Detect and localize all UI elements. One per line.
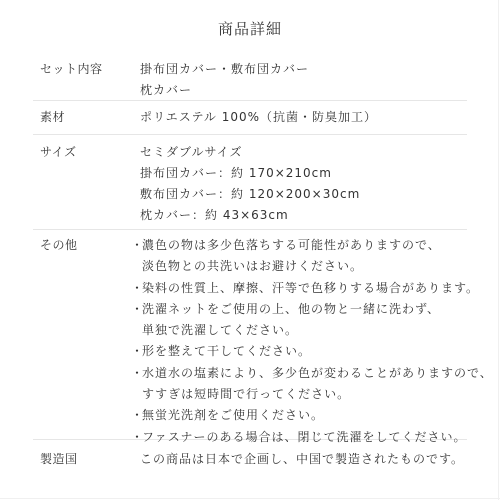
care-note: ・水道水の塩素により、多少色が変わることがありますので、すすぎは短時間で行ってく… (131, 363, 467, 406)
page-title: 商品詳細 (0, 18, 500, 39)
row-value: この商品は日本で企画し、中国で製造されたものです。 (140, 449, 467, 470)
product-details-table: セット内容 掛布団カバー・敷布団カバー 枕カバー 素材 ポリエステル 100%（… (33, 50, 467, 480)
bullet-icon: ・ (131, 405, 142, 426)
row-material: 素材 ポリエステル 100%（抗菌・防臭加工） (33, 101, 467, 135)
row-label: 素材 (40, 107, 65, 128)
row-label: サイズ (40, 142, 77, 163)
bullet-icon: ・ (131, 341, 142, 362)
value-line: 枕カバー (140, 80, 467, 101)
care-note: ・洗濯ネットをご使用の上、他の物と一緒に洗わず、単独で洗濯してください。 (131, 299, 467, 342)
row-other-notes: その他 ・濃色の物は多少色落ちする可能性がありますので、淡色物との共洗いはお避け… (33, 230, 467, 440)
value-line: セミダブルサイズ (140, 142, 467, 163)
care-note: ・形を整えて干してください。 (131, 341, 467, 362)
value-line: 掛布団カバー・敷布団カバー (140, 59, 467, 80)
care-note: ・濃色の物は多少色落ちする可能性がありますので、淡色物との共洗いはお避けください… (131, 235, 467, 278)
row-label: 製造国 (40, 449, 78, 470)
frame-edge-right (498, 0, 499, 500)
value-line: ポリエステル 100%（抗菌・防臭加工） (140, 107, 467, 128)
row-value: セミダブルサイズ 掛布団カバー：約 170×210cm 敷布団カバー：約 120… (140, 142, 467, 226)
row-set-contents: セット内容 掛布団カバー・敷布団カバー 枕カバー (33, 50, 467, 101)
row-label: セット内容 (40, 59, 103, 80)
row-country-of-manufacture: 製造国 この商品は日本で企画し、中国で製造されたものです。 (33, 440, 467, 480)
value-line: 敷布団カバー：約 120×200×30cm (140, 184, 467, 205)
value-line: 枕カバー：約 43×63cm (140, 205, 467, 226)
value-line: この商品は日本で企画し、中国で製造されたものです。 (140, 449, 467, 470)
care-note: ・染料の性質上、摩擦、汗等で色移りする場合があります。 (131, 278, 467, 299)
bullet-icon: ・ (131, 235, 142, 256)
frame-edge-bottom (0, 498, 500, 499)
value-line: 掛布団カバー：約 170×210cm (140, 163, 467, 184)
row-label: その他 (40, 235, 78, 256)
care-note: ・無蛍光洗剤をご使用ください。 (131, 405, 467, 426)
bullet-icon: ・ (131, 363, 142, 384)
bullet-icon: ・ (131, 299, 142, 320)
bullet-icon: ・ (131, 278, 142, 299)
care-notes-list: ・濃色の物は多少色落ちする可能性がありますので、淡色物との共洗いはお避けください… (131, 235, 467, 448)
row-value: 掛布団カバー・敷布団カバー 枕カバー (140, 59, 467, 101)
row-value: ポリエステル 100%（抗菌・防臭加工） (140, 107, 467, 128)
row-size: サイズ セミダブルサイズ 掛布団カバー：約 170×210cm 敷布団カバー：約… (33, 135, 467, 230)
